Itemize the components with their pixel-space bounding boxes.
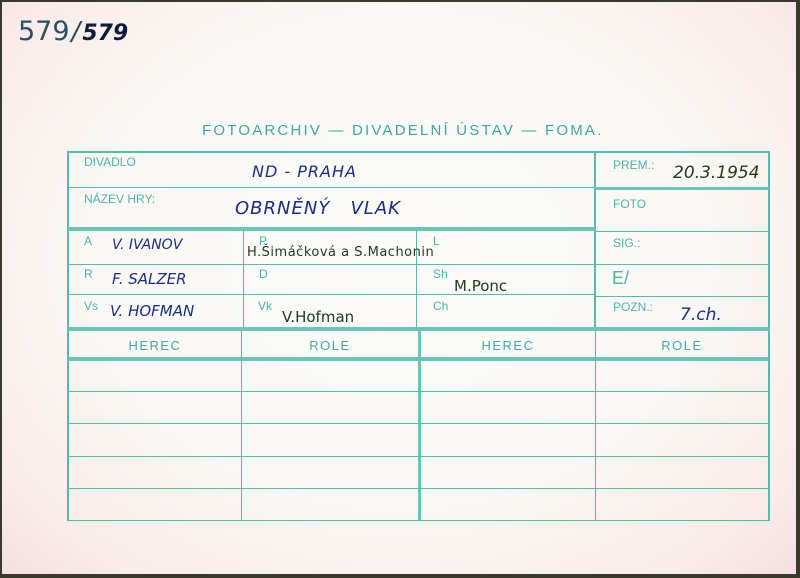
cast-header-role-1: ROLE — [242, 338, 418, 353]
value-sh: M.Ponc — [454, 277, 507, 295]
value-vk: V.Hofman — [282, 308, 354, 326]
archive-number: 579/579 — [18, 16, 128, 47]
label-vs: Vs — [84, 299, 98, 313]
label-d: D — [259, 267, 268, 281]
label-divadlo: DIVADLO — [84, 155, 136, 169]
value-p: H.Šimáčková a S.Machonin — [247, 245, 434, 260]
card-header: FOTOARCHIV — DIVADELNÍ ÚSTAV — FOMA. — [202, 122, 652, 139]
label-foto: FOTO — [613, 197, 646, 211]
label-a: A — [84, 234, 92, 248]
cast-header-herec-1: HEREC — [69, 338, 241, 353]
label-sig: SIG.: — [613, 236, 640, 250]
archive-number-right: 579 — [82, 21, 128, 46]
value-pozn: 7.ch. — [680, 305, 722, 325]
value-nazev-hry: OBRNĚNÝ VLAK — [235, 198, 401, 219]
label-e: E/ — [612, 268, 629, 289]
label-ch: Ch — [433, 299, 448, 313]
archive-number-separator: / — [72, 17, 81, 47]
label-sh: Sh — [433, 267, 448, 281]
value-divadlo: ND - PRAHA — [252, 162, 357, 181]
label-vk: Vk — [258, 299, 272, 313]
label-pozn: POZN.: — [613, 300, 653, 314]
cast-header-role-2: ROLE — [596, 338, 768, 353]
label-r: R — [84, 267, 93, 281]
archive-number-left: 579 — [18, 16, 70, 47]
cast-header-herec-2: HEREC — [421, 338, 595, 353]
label-prem: PREM.: — [613, 158, 654, 172]
value-r: F. SALZER — [112, 270, 187, 288]
value-a: V. IVANOV — [112, 237, 182, 253]
label-nazev-hry: NÁZEV HRY: — [84, 192, 155, 206]
value-vs: V. HOFMAN — [110, 302, 194, 320]
value-prem: 20.3.1954 — [673, 163, 760, 183]
